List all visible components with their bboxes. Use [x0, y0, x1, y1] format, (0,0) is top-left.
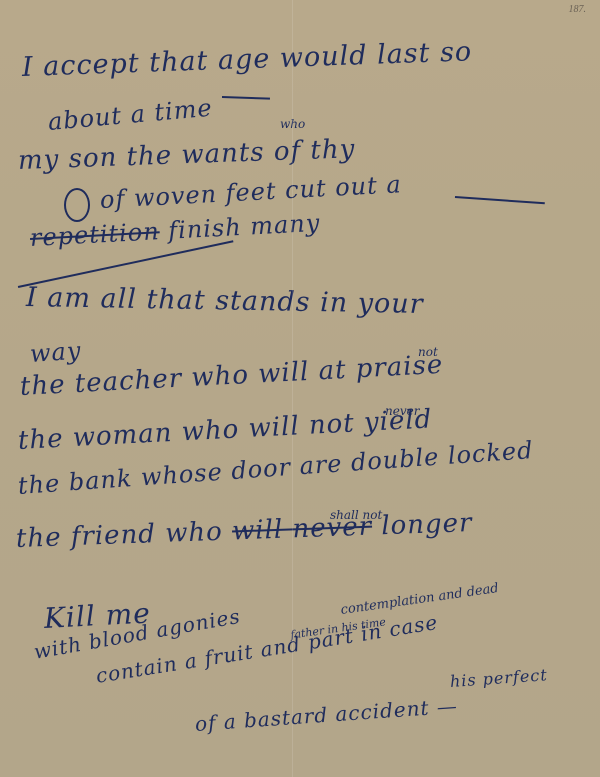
- line-2-text: about a time: [47, 94, 214, 136]
- line-6: I am all that stands in your: [26, 282, 424, 320]
- struck-will-never: will never: [232, 512, 373, 547]
- line-5-text: finish many: [168, 209, 321, 245]
- line-7: way: [29, 336, 82, 368]
- scribble-mark: [64, 188, 90, 222]
- line-11: the friend who will never longer: [15, 508, 473, 554]
- line-2: about a time: [47, 94, 214, 136]
- manuscript-page: 187. I accept that age would last so abo…: [0, 0, 600, 777]
- insertion-who: who: [280, 117, 305, 131]
- line-4: of woven feet cut out a: [99, 170, 402, 214]
- line-16: of a bastard accident —: [194, 694, 458, 736]
- line-11-text-c: longer: [381, 508, 473, 541]
- struck-repetition: repetition: [29, 217, 160, 252]
- strike-out-a: [455, 196, 545, 204]
- folio-number: 187.: [569, 4, 587, 15]
- line-15: his perfect: [449, 665, 548, 691]
- line-8: the teacher who will at praise: [19, 350, 444, 402]
- line-3: my son the wants of thy: [17, 134, 355, 176]
- line-11-text-a: the friend who: [15, 517, 223, 554]
- line-1: I accept that age would last so: [21, 36, 472, 83]
- strike-time: [222, 96, 270, 99]
